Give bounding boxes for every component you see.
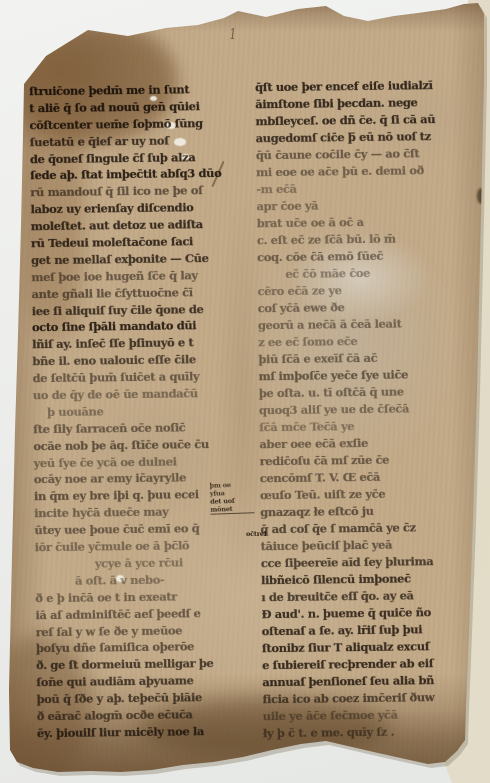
folio-number: 1 xyxy=(229,25,237,44)
text-line: mōnet xyxy=(210,504,254,515)
manuscript-photo: 1 ſtruic̄one þedm̄ me in ſuntt aliē q̄ ſ… xyxy=(0,0,490,783)
text-column-left: ſtruic̄one þedm̄ me in ſuntt aliē q̄ ſo … xyxy=(29,81,237,742)
text-line: ły þ c̄ t. e me. quīy ſz . xyxy=(263,723,469,743)
manuscript-page: 1 ſtruic̄one þedm̄ me in ſuntt aliē q̄ ſ… xyxy=(0,0,490,783)
interlinear-note: oc̄trel xyxy=(246,530,266,538)
margin-note: þm oeyſuadet uoſmōnet xyxy=(209,480,254,515)
text-line: ēy. þiouilſ liur micēly noe la xyxy=(37,723,237,742)
text-line: ec̄ c̄ō māe c̄oe xyxy=(285,264,463,283)
text-line: ā oſt. ā v nebo- xyxy=(75,571,235,590)
text-column-right: q̄ſt uoe þer encef eiſe iudialzīāimſtone… xyxy=(255,77,469,742)
text-line: ycye ā yce rc̄ui xyxy=(95,554,235,573)
